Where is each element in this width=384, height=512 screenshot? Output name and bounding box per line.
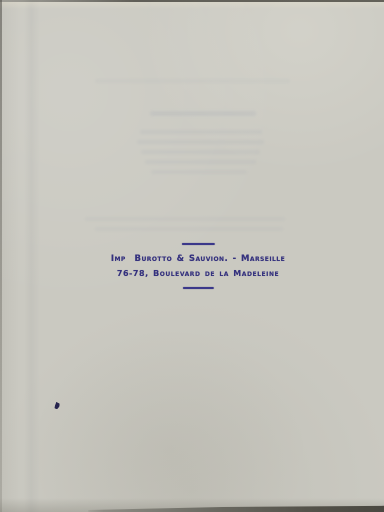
colophon-line-2: 76-78, Boulevard de la Madeleine xyxy=(111,268,285,280)
show-through-line xyxy=(137,140,264,144)
show-through-line xyxy=(150,111,256,116)
show-through-line xyxy=(95,79,290,83)
show-through-line xyxy=(85,217,285,221)
show-through-line xyxy=(145,160,256,164)
gutter-shading xyxy=(24,0,40,512)
colophon-rule-top xyxy=(182,243,215,245)
show-through-line xyxy=(141,150,260,154)
printer-colophon: Imp Burotto & Sauvion. - Marseille 76-78… xyxy=(111,243,285,289)
scan-edge-left xyxy=(0,0,2,512)
show-through-line xyxy=(140,130,262,134)
ink-spot xyxy=(53,401,61,409)
page-paper: Imp Burotto & Sauvion. - Marseille 76-78… xyxy=(0,0,384,512)
scan-edge-top-highlight xyxy=(0,2,384,9)
colophon-line-1: Imp Burotto & Sauvion. - Marseille xyxy=(111,253,285,266)
scanned-page: Imp Burotto & Sauvion. - Marseille 76-78… xyxy=(0,0,384,512)
show-through-line xyxy=(95,227,283,231)
colophon-rule-bottom xyxy=(183,287,214,289)
show-through-line xyxy=(151,170,247,174)
